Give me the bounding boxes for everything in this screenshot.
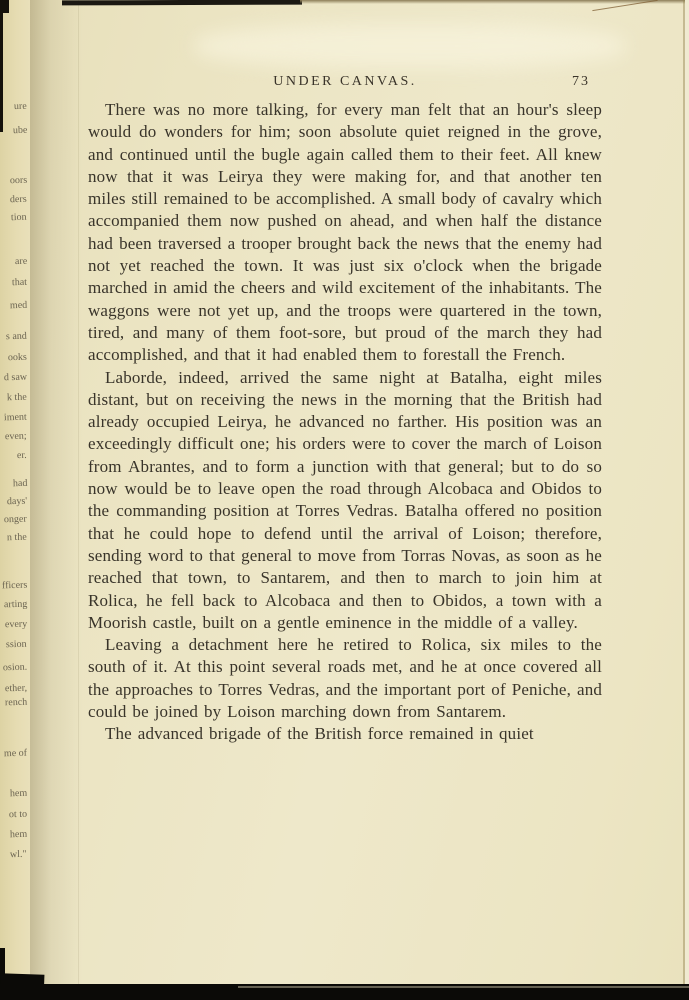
- page-gutter-shadow: [30, 0, 82, 1000]
- edge-text-fragment: days': [7, 497, 27, 508]
- edge-text-fragment: had: [12, 479, 27, 489]
- scan-border-top: [62, 0, 302, 5]
- edge-text-fragment: every: [5, 620, 27, 631]
- scan-border-top-left: [0, 0, 3, 132]
- edge-text-fragment: ether,: [5, 684, 27, 695]
- edge-text-fragment: are: [15, 257, 27, 267]
- edge-text-fragment: wl.": [10, 850, 27, 860]
- edge-text-fragment: d saw: [4, 373, 27, 384]
- paragraph: The advanced brigade of the British forc…: [88, 723, 602, 745]
- edge-text-fragment: ssion: [6, 640, 27, 651]
- edge-text-fragment: k the: [7, 393, 27, 404]
- edge-text-fragment: hem: [10, 830, 27, 840]
- running-head: UNDER CANVAS. 73: [88, 74, 602, 94]
- edge-text-fragment: oors: [10, 176, 27, 186]
- page-number: 73: [572, 74, 590, 90]
- scanner-glare: [195, 24, 625, 68]
- scan-border-bottom-highlight: [238, 986, 689, 988]
- edge-text-fragment: arting: [4, 600, 28, 611]
- edge-text-fragment: iment: [4, 413, 27, 424]
- page-crease-line: [78, 0, 79, 1000]
- edge-text-fragment: med: [10, 301, 27, 311]
- edge-text-fragment: ders: [10, 195, 27, 205]
- edge-text-fragment: even;: [5, 432, 27, 443]
- edge-text-fragment: me of: [4, 749, 27, 760]
- page-body: There was no more talking, for every man…: [88, 99, 602, 746]
- edge-text-fragment: rench: [5, 698, 27, 709]
- edge-text-fragment: hem: [10, 789, 27, 799]
- edge-text-fragment: ube: [12, 126, 27, 136]
- book-scan: ureubeoorsderstionarethatmeds andooksd s…: [0, 0, 689, 1000]
- previous-page-edge: ureubeoorsderstionarethatmeds andooksd s…: [0, 0, 30, 1000]
- edge-text-fragment: er.: [17, 451, 27, 461]
- edge-text-fragment: that: [12, 278, 27, 288]
- page-right-edge-outer: [685, 0, 689, 1000]
- page-title: UNDER CANVAS.: [88, 74, 602, 90]
- edge-text-fragment: n the: [7, 533, 27, 544]
- edge-text-fragment: fficers: [2, 581, 28, 592]
- paragraph: Laborde, indeed, arrived the same night …: [88, 367, 602, 635]
- scan-border-corner-blob: [0, 0, 9, 13]
- edge-text-fragment: s and: [6, 332, 27, 343]
- edge-text-fragment: ooks: [8, 353, 27, 363]
- paragraph: There was no more talking, for every man…: [88, 99, 602, 367]
- edge-text-fragment: tion: [11, 213, 27, 223]
- edge-text-fragment: osion.: [3, 663, 27, 674]
- edge-text-fragment: onger: [4, 515, 27, 526]
- edge-text-fragment: ure: [14, 102, 27, 112]
- paragraph: Leaving a detachment here he retired to …: [88, 634, 602, 723]
- edge-text-fragment: ot to: [9, 810, 27, 820]
